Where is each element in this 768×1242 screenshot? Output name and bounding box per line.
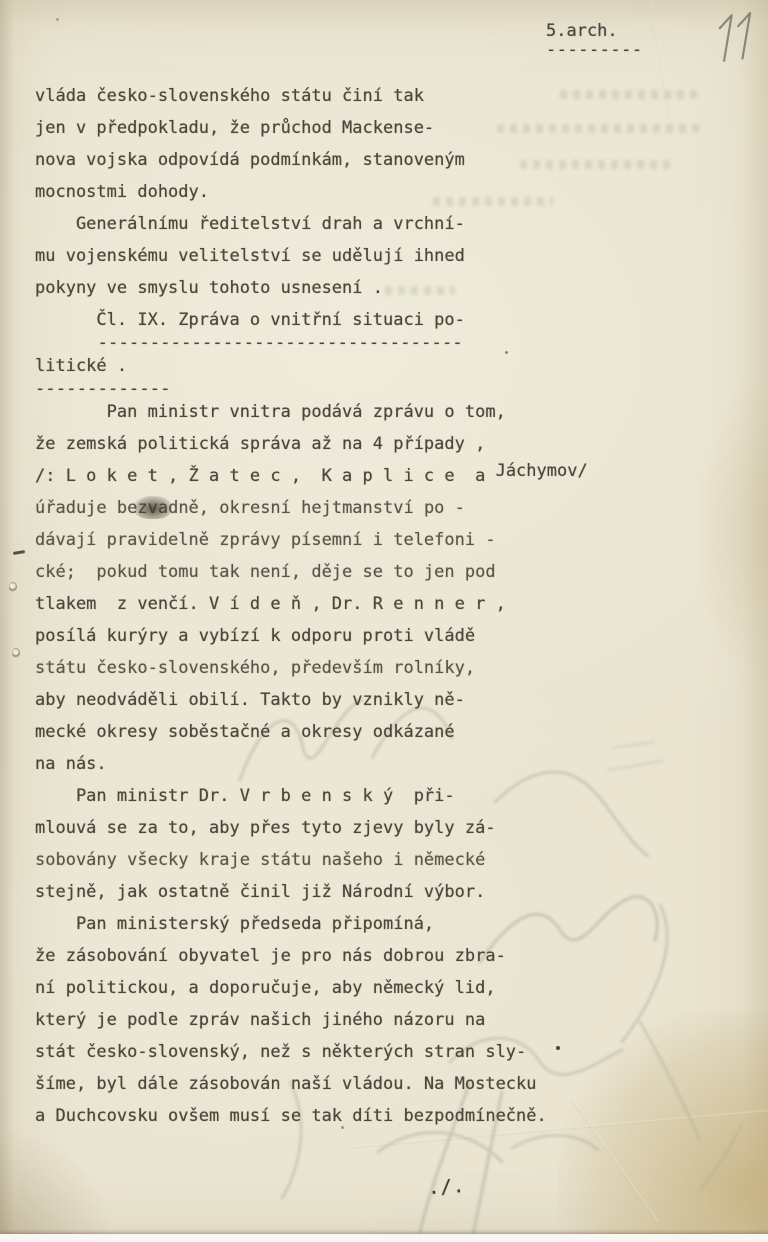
text-segment: zva bbox=[137, 498, 168, 518]
typewritten-line: šíme, byl dále zásobován naší vládou. Na… bbox=[35, 1068, 735, 1100]
typewritten-line: že zemská politická správa až na 4 přípa… bbox=[35, 428, 735, 460]
typewritten-line: stát česko-slovenský, než s některých st… bbox=[35, 1036, 735, 1068]
typewritten-line: cké; pokud tomu tak není, děje se to jen… bbox=[35, 556, 735, 588]
typewritten-line: tlakem z venčí. V í d e ň , Dr. R e n n … bbox=[35, 588, 735, 620]
text-segment: Jáchymov/ bbox=[496, 461, 588, 481]
paper-hole bbox=[9, 582, 17, 592]
scan-edge bbox=[0, 1234, 768, 1242]
typewritten-line: /: L o k e t , Ž a t e c , K a p l i c e… bbox=[35, 460, 735, 492]
typewritten-line: Pan ministerský předseda připomíná, bbox=[35, 908, 735, 940]
sheet-number-label: 5.arch. bbox=[546, 21, 618, 41]
typewritten-line: posílá kurýry a vybízí k odporu proti vl… bbox=[35, 620, 735, 652]
typewritten-line: nova vojska odpovídá podmínkám, stanoven… bbox=[35, 144, 735, 176]
typewritten-line: jen v předpokladu, že průchod Mackense- bbox=[35, 112, 735, 144]
typewritten-line: mu vojenskému velitelství se udělují ihn… bbox=[35, 240, 735, 272]
handwritten-page-number bbox=[712, 12, 760, 64]
typewritten-line: Pan ministr vnitra podává zprávu o tom, bbox=[35, 396, 735, 428]
typed-block: vláda česko-slovenského státu činí takje… bbox=[35, 80, 735, 1132]
typed-underline-row: ----------------------------------- bbox=[35, 336, 735, 350]
text-segment: dně, okresní hejtmanství po - bbox=[168, 498, 465, 518]
typewritten-line: že zásobování obyvatel je pro nás dobrou… bbox=[35, 940, 735, 972]
typewritten-line: vláda česko-slovenského státu činí tak bbox=[35, 80, 735, 112]
typewritten-line: Generálnímu ředitelství drah a vrchní- bbox=[35, 208, 735, 240]
typewritten-line: litické . bbox=[35, 350, 735, 382]
paper-stain-bottom-left bbox=[0, 1132, 120, 1242]
text-segment: /: L o k e t , Ž a t e c , K a p l i c e… bbox=[35, 466, 496, 486]
continuation-mark: ./. bbox=[427, 1175, 465, 1199]
paper-hole bbox=[12, 648, 20, 658]
document-page: 5.arch.--------- vláda česko-slovenského… bbox=[0, 0, 768, 1242]
typewritten-line: mecké okresy soběstačné a okresy odkázan… bbox=[35, 716, 735, 748]
ink-speck bbox=[56, 18, 59, 21]
typewritten-line: Čl. IX. Zpráva o vnitřní situaci po- bbox=[35, 304, 735, 336]
text-segment: úřaduje be bbox=[35, 498, 137, 518]
margin-dash-mark bbox=[13, 550, 25, 555]
typewritten-line: mocnostmi dohody. bbox=[35, 176, 735, 208]
typewritten-line: na nás. bbox=[35, 748, 735, 780]
typewritten-line: Pan ministr Dr. V r b e n s k ý při- bbox=[35, 780, 735, 812]
typewritten-line: státu česko-slovenského, především rolní… bbox=[35, 652, 735, 684]
typewritten-line: a Duchcovsku ovšem musí se tak díti bezp… bbox=[35, 1100, 735, 1132]
typewritten-line: ní politickou, a doporučuje, aby německý… bbox=[35, 972, 735, 1004]
typewritten-line: který je podle zpráv našich jiného názor… bbox=[35, 1004, 735, 1036]
typewritten-line: sobovány všecky kraje státu našeho i něm… bbox=[35, 844, 735, 876]
typewritten-line: pokyny ve smyslu tohoto usnesení . bbox=[35, 272, 735, 304]
sheet-number-underline: --------- bbox=[546, 41, 643, 60]
typewritten-line: dávají pravidelně zprávy písemní i telef… bbox=[35, 524, 735, 556]
typewritten-line: aby neodváděli obilí. Takto by vznikly n… bbox=[35, 684, 735, 716]
typed-underline-row: ------------- bbox=[35, 382, 735, 396]
typewritten-line: úřaduje bezvadně, okresní hejtmanství po… bbox=[35, 492, 735, 524]
sheet-number: 5.arch.--------- bbox=[546, 22, 643, 60]
typewritten-line: stejně, jak ostatně činil již Národní vý… bbox=[35, 876, 735, 908]
typewritten-line: mlouvá se za to, aby přes tyto zjevy byl… bbox=[35, 812, 735, 844]
